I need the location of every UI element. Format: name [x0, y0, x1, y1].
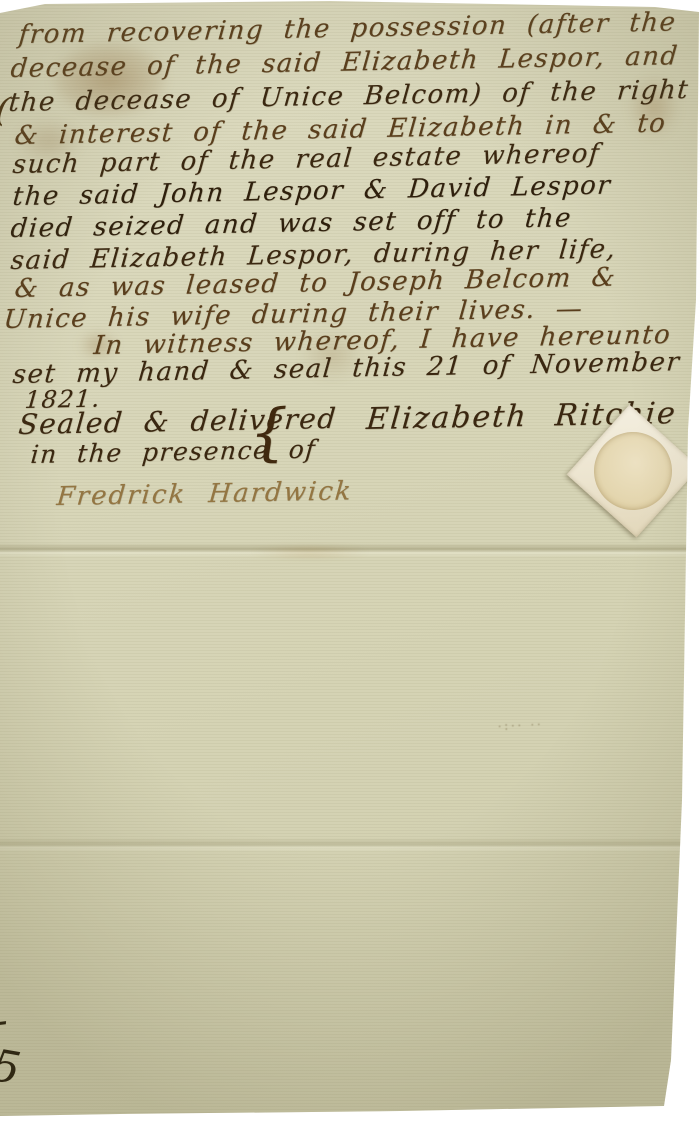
witness-signature: Fredrick Hardwick	[55, 476, 353, 512]
manuscript-line: said Elizabeth Lespor, during her life,	[9, 234, 617, 276]
fold-crease	[0, 838, 699, 852]
ink-stain	[300, 330, 364, 382]
manuscript-line: decease of the said Elizabeth Lespor, an…	[9, 41, 679, 84]
manuscript-line: died seized and was set off to the	[9, 203, 573, 244]
manuscript-page: from recovering the possession (after th…	[0, 0, 699, 1131]
wafer-seal	[567, 405, 699, 538]
manuscript-line: the said John Lespor & David Lespor	[11, 171, 612, 213]
edge-ink-mark: -	[0, 997, 10, 1044]
manuscript-line: from recovering the possession (after th…	[17, 7, 677, 50]
ink-stain	[78, 330, 118, 360]
manuscript-line: Unice his wife during their lives. —	[2, 294, 584, 335]
attestation-line: in the presence of	[30, 435, 318, 470]
attestation-brace: {	[248, 395, 290, 469]
manuscript-line: the decease of Unice Belcom) of the righ…	[7, 75, 690, 118]
ink-stain	[14, 118, 84, 164]
ink-bleed-marks: ·:·· ··	[498, 716, 583, 740]
attestation-line: Sealed & delivered	[17, 402, 338, 441]
fold-crease	[0, 543, 699, 557]
manuscript-line: 1821.	[24, 385, 103, 415]
manuscript-line: In witness whereof, I have hereunto	[92, 320, 672, 361]
manuscript-line: such part of the real estate whereof	[11, 139, 601, 180]
manuscript-line: & interest of the said Elizabeth in & to	[13, 108, 667, 151]
ink-stain	[628, 75, 680, 139]
edge-ink-mark: 5	[0, 1040, 24, 1095]
manuscript-line: & as was leased to Joseph Belcom &	[13, 262, 617, 304]
wafer-seal-circle	[578, 416, 688, 526]
manuscript-line: set my hand & seal this 21 of November	[11, 347, 681, 390]
document-photo: from recovering the possession (after th…	[0, 0, 699, 1131]
edge-ink-mark: (	[0, 89, 12, 130]
ink-stain	[52, 42, 167, 117]
ink-stain	[250, 545, 370, 559]
